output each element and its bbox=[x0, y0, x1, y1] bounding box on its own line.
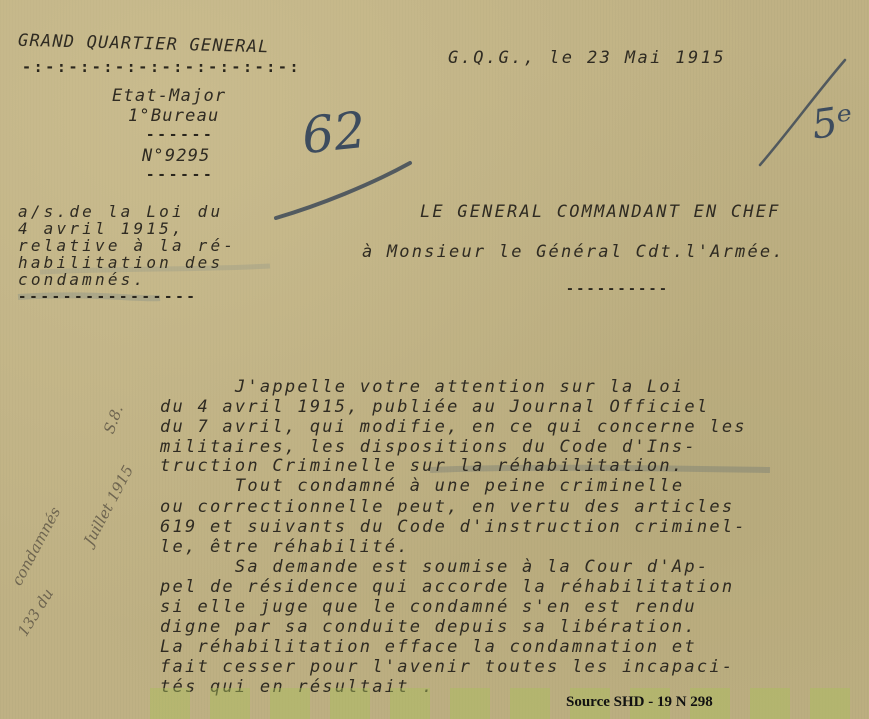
body-line: ou correctionnelle peut, en vertu des ar… bbox=[160, 497, 734, 517]
body-line: pel de résidence qui accorde la réhabili… bbox=[160, 577, 734, 597]
sender-title: LE GENERAL COMMANDANT EN CHEF bbox=[420, 202, 781, 222]
body-line: du 4 avril 1915, publiée au Journal Offi… bbox=[160, 397, 709, 417]
body-line: fait cesser pour l'avenir toutes les inc… bbox=[160, 657, 734, 677]
addressing-rule: ---------- bbox=[566, 282, 669, 297]
folio-number: 62 bbox=[299, 101, 368, 165]
reference-number: N°9295 bbox=[142, 146, 211, 166]
body-line: digne par sa conduite depuis sa libérati… bbox=[160, 617, 697, 637]
body-line: La réhabilitation efface la condamnation… bbox=[160, 637, 697, 657]
subject-rule: ---------------- bbox=[18, 289, 198, 305]
bureau-label: 1°Bureau bbox=[128, 106, 219, 126]
bureau-rule: ------ bbox=[146, 127, 215, 143]
place-date: G.Q.G., le 23 Mai 1915 bbox=[448, 48, 726, 68]
body-line: militaires, les dispositions du Code d'I… bbox=[160, 437, 697, 457]
corner-mark: 5ᵉ bbox=[809, 97, 856, 148]
body-line: du 7 avril, qui modifie, en ce qui conce… bbox=[160, 417, 747, 437]
reference-rule: ------ bbox=[146, 167, 215, 183]
body-line: 619 et suivants du Code d'instruction cr… bbox=[160, 517, 747, 537]
body-line: Tout condamné à une peine criminelle bbox=[160, 476, 684, 496]
body-line: J'appelle votre attention sur la Loi bbox=[160, 377, 684, 397]
recipient-line: à Monsieur le Général Cdt.l'Armée. bbox=[362, 242, 785, 262]
body-line: si elle juge que le condamné s'en est re… bbox=[160, 597, 697, 617]
letterhead-rule: -:-:-:-:-:-:-:-:-:-:-:-: bbox=[22, 58, 301, 76]
subject-line: condamnés. bbox=[18, 270, 146, 289]
source-caption: Source SHD - 19 N 298 bbox=[566, 694, 713, 711]
body-line: le, être réhabilité. bbox=[160, 537, 410, 557]
dept-label: Etat-Major bbox=[112, 86, 226, 106]
body-line: Sa demande est soumise à la Cour d'Ap- bbox=[160, 557, 709, 577]
body-line: truction Criminelle sur la réhabilitatio… bbox=[160, 456, 684, 476]
footer-band bbox=[150, 688, 869, 719]
